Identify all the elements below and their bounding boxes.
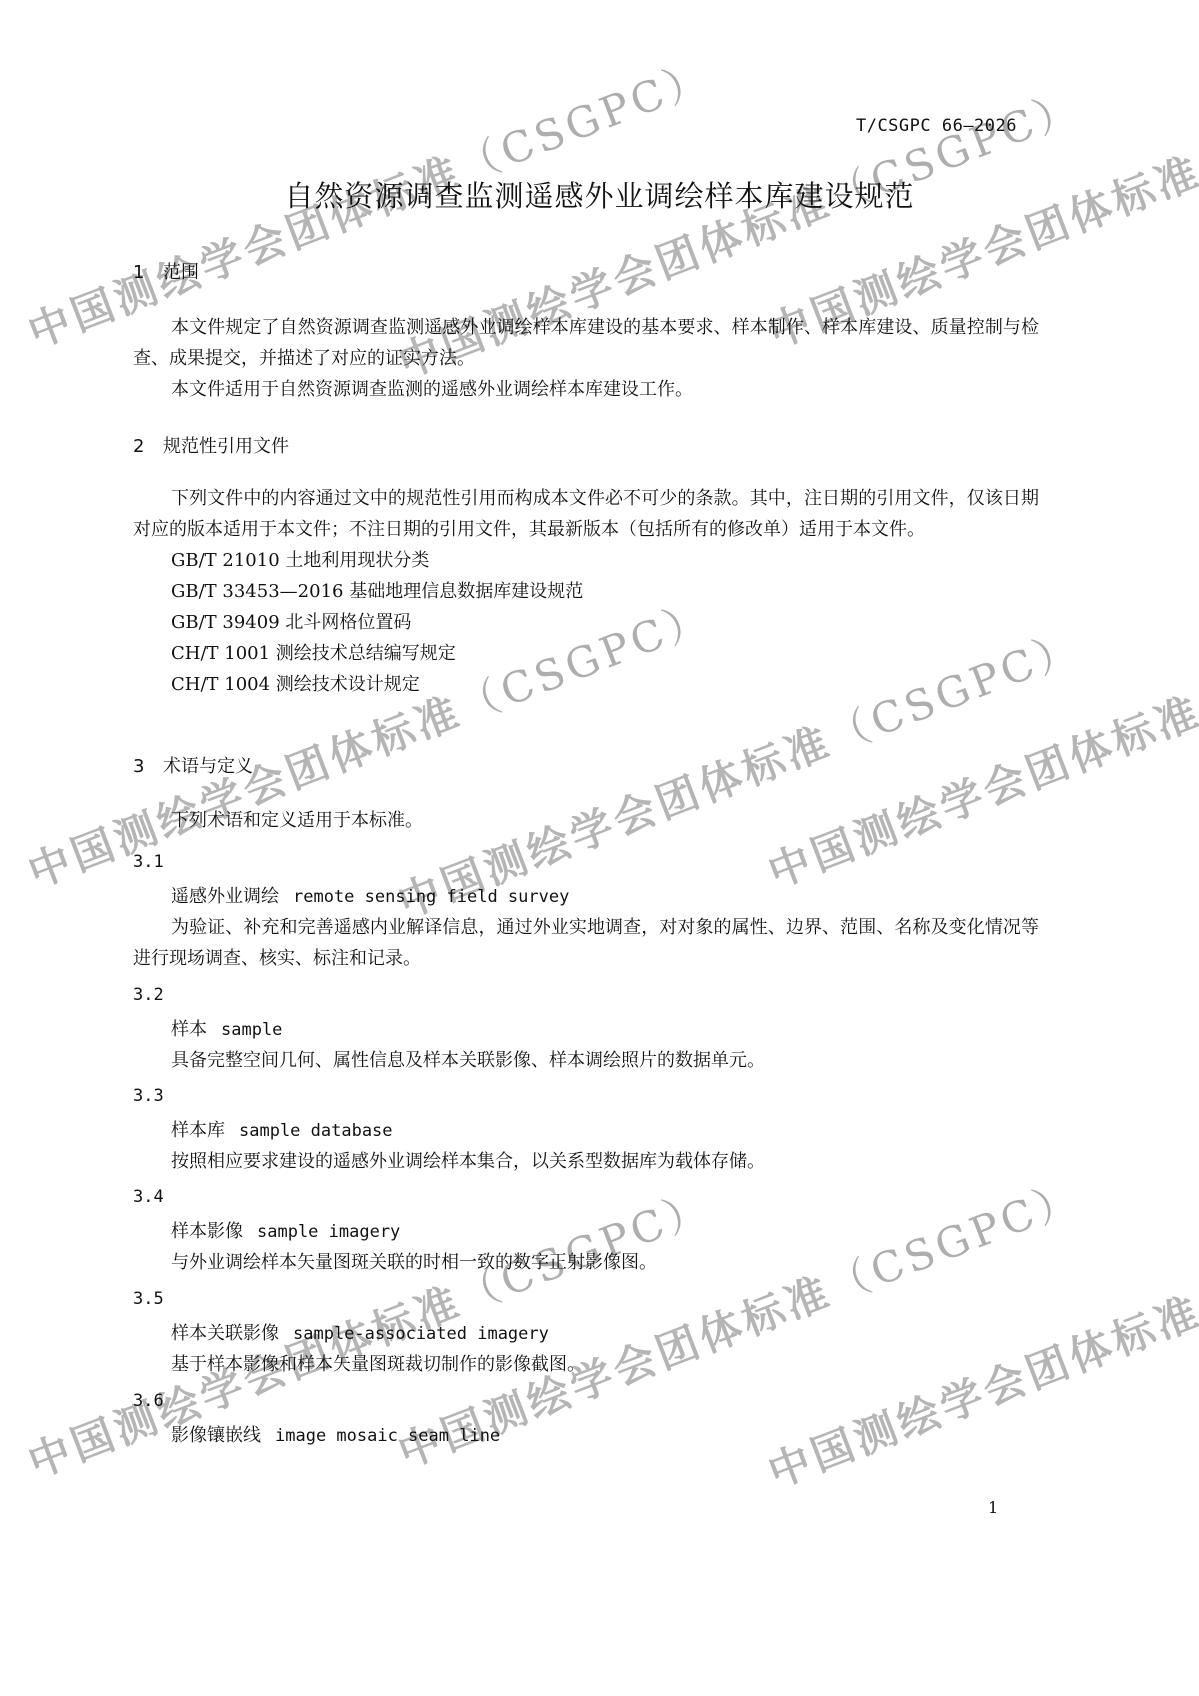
terms-intro: 下列术语和定义适用于本标准。 [133, 805, 1039, 836]
section-normative-references: 2规范性引用文件 [133, 432, 1039, 458]
term-entry: 3.1 遥感外业调绘remote sensing field survey 为验… [133, 852, 1039, 974]
term-definition: 与外业调绘样本矢量图斑关联的时相一致的数字正射影像图。 [133, 1247, 1039, 1278]
term-definition: 为验证、补充和完善遥感内业解译信息，通过外业实地调查，对对象的属性、边界、范围、… [133, 912, 1039, 974]
reference-item: GB/T 39409 北斗网格位置码 [133, 607, 1039, 638]
section-heading: 3术语与定义 [133, 752, 1039, 778]
term-name: 遥感外业调绘remote sensing field survey [133, 882, 1039, 912]
term-name: 样本sample [133, 1015, 1039, 1045]
term-name: 样本影像sample imagery [133, 1217, 1039, 1247]
term-number: 3.2 [133, 985, 1039, 1015]
term-definition: 按照相应要求建设的遥感外业调绘样本集合，以关系型数据库为载体存储。 [133, 1146, 1039, 1177]
section-heading: 1范围 [133, 258, 1039, 284]
term-definition: 基于样本影像和样本矢量图斑裁切制作的影像截图。 [133, 1349, 1039, 1380]
paragraph: 下列术语和定义适用于本标准。 [133, 805, 1039, 836]
paragraph: 本文件适用于自然资源调查监测的遥感外业调绘样本库建设工作。 [133, 374, 1039, 405]
document-page: 中国测绘学会团体标准（CSGPC） 中国测绘学会团体标准（CSGPC） 中国测绘… [0, 0, 1199, 1696]
page-number: 1 [988, 1498, 998, 1517]
term-number: 3.4 [133, 1187, 1039, 1217]
term-entry: 3.2 样本sample 具备完整空间几何、属性信息及样本关联影像、样本调绘照片… [133, 985, 1039, 1076]
term-number: 3.6 [133, 1391, 1039, 1421]
paragraph: 本文件规定了自然资源调查监测遥感外业调绘样本库建设的基本要求、样本制作、样本库建… [133, 312, 1039, 374]
section-scope: 1范围 [133, 258, 1039, 284]
term-name: 样本库sample database [133, 1116, 1039, 1146]
term-entry: 3.5 样本关联影像sample-associated imagery 基于样本… [133, 1289, 1039, 1380]
term-entry: 3.4 样本影像sample imagery 与外业调绘样本矢量图斑关联的时相一… [133, 1187, 1039, 1278]
references-body: 下列文件中的内容通过文中的规范性引用而构成本文件必不可少的条款。其中，注日期的引… [133, 483, 1039, 700]
term-entry: 3.6 影像镶嵌线image mosaic seam line [133, 1391, 1039, 1451]
reference-item: GB/T 33453—2016 基础地理信息数据库建设规范 [133, 576, 1039, 607]
term-name: 影像镶嵌线image mosaic seam line [133, 1421, 1039, 1451]
section-terms: 3术语与定义 [133, 752, 1039, 778]
reference-item: CH/T 1004 测绘技术设计规定 [133, 669, 1039, 700]
term-entry: 3.3 样本库sample database 按照相应要求建设的遥感外业调绘样本… [133, 1086, 1039, 1177]
term-number: 3.3 [133, 1086, 1039, 1116]
term-number: 3.1 [133, 852, 1039, 882]
section-heading: 2规范性引用文件 [133, 432, 1039, 458]
scope-body: 本文件规定了自然资源调查监测遥感外业调绘样本库建设的基本要求、样本制作、样本库建… [133, 312, 1039, 405]
reference-item: GB/T 21010 土地利用现状分类 [133, 545, 1039, 576]
term-number: 3.5 [133, 1289, 1039, 1319]
reference-item: CH/T 1001 测绘技术总结编写规定 [133, 638, 1039, 669]
term-definition: 具备完整空间几何、属性信息及样本关联影像、样本调绘照片的数据单元。 [133, 1045, 1039, 1076]
term-name: 样本关联影像sample-associated imagery [133, 1319, 1039, 1349]
standard-code: T/CSGPC 66—2026 [856, 116, 1017, 136]
paragraph: 下列文件中的内容通过文中的规范性引用而构成本文件必不可少的条款。其中，注日期的引… [133, 483, 1039, 545]
document-title: 自然资源调查监测遥感外业调绘样本库建设规范 [0, 174, 1199, 215]
